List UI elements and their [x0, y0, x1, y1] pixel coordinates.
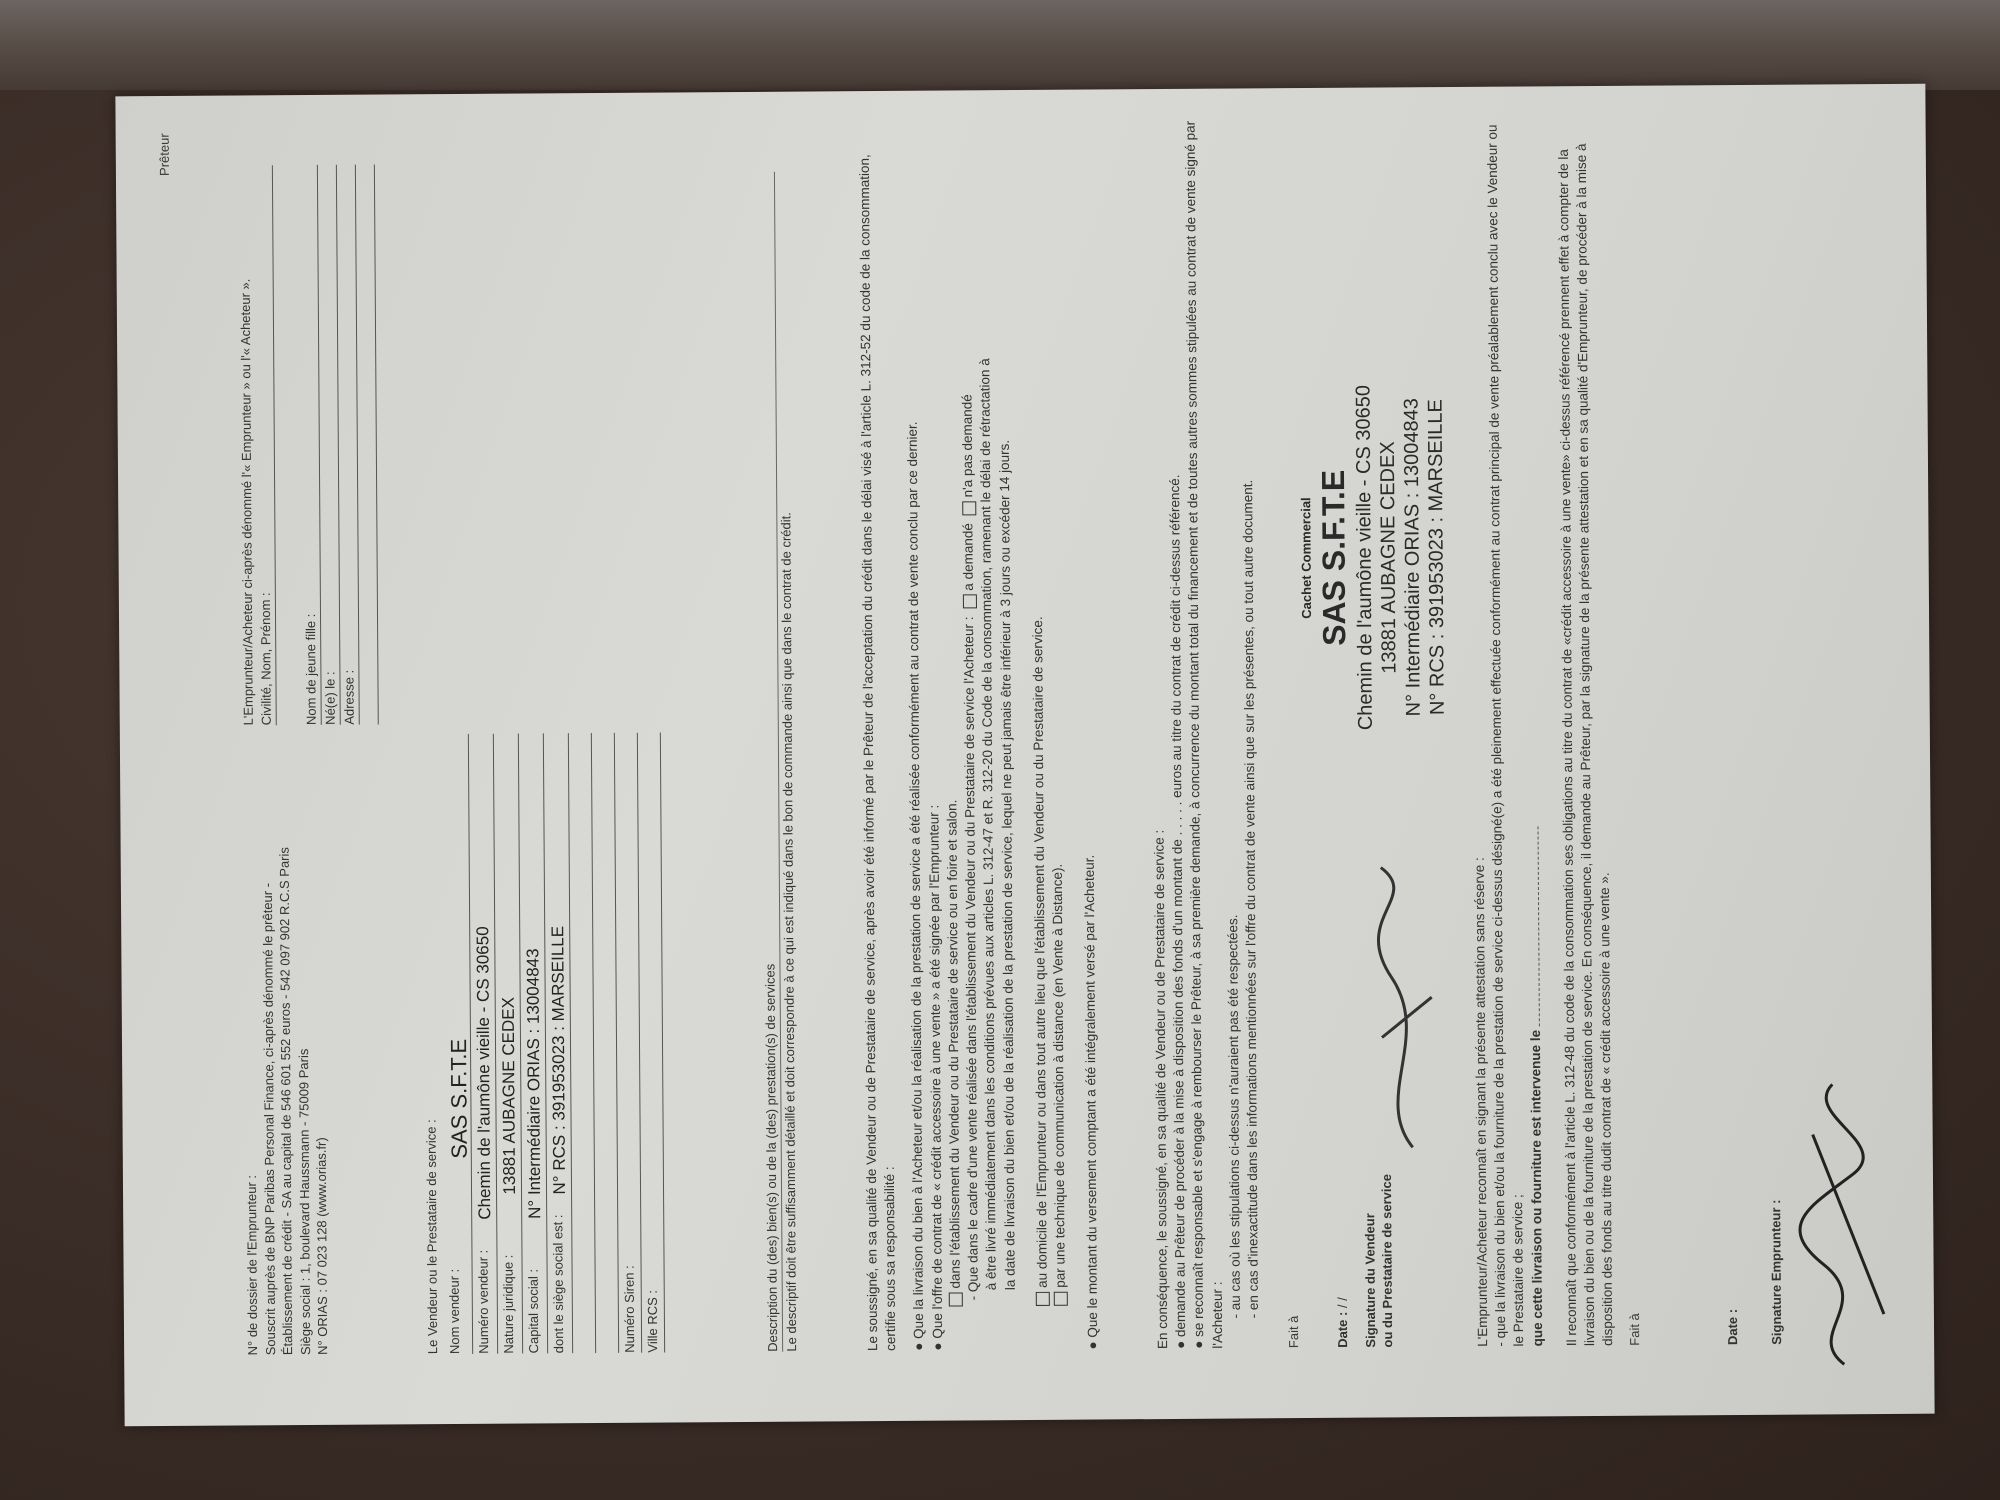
vendor-field-blank[interactable]	[593, 733, 618, 1353]
document-content: Prêteur N° de dossier de l'Emprunteur : …	[115, 84, 1934, 1427]
field-value: N° Intermédiaire ORIAS : 13004843	[522, 948, 546, 1239]
field-value: Chemin de l'aumône vieille - CS 30650	[472, 926, 496, 1220]
certification-block: Le soussigné, en sa qualité de Vendeur o…	[856, 120, 1103, 1352]
option-label: dans l'établissement du Vendeur ou du Pr…	[944, 800, 962, 1289]
date-label: Date :	[1335, 1312, 1350, 1348]
checkbox-home[interactable]	[1036, 1292, 1050, 1306]
date-label: Date :	[1721, 845, 1742, 1345]
lender-header: N° de dossier de l'Emprunteur : Souscrit…	[240, 795, 332, 1356]
consequence-item: se reconnaît responsable et s'engage à r…	[1183, 121, 1225, 1349]
field-label: dont le siège social est :	[549, 1214, 572, 1353]
vendor-block-title: Le Vendeur ou le Prestataire de service …	[420, 734, 442, 1354]
vendor-field-blank[interactable]	[570, 733, 595, 1353]
vendor-signature-scribble	[1361, 857, 1443, 1158]
vendor-field[interactable]: Capital social :N° Intermédiaire ORIAS :…	[520, 733, 547, 1353]
field-label: Ville RCS :	[644, 1290, 659, 1353]
field-value: SAS S.F.T.E	[444, 1039, 471, 1239]
option-label: par une technique de communication à dis…	[1050, 864, 1068, 1288]
vendor-field[interactable]: dont le siège social est :N° RCS : 39195…	[545, 733, 572, 1353]
field-label: Numéro vendeur :	[474, 1250, 497, 1354]
option-label: n'a pas demandé	[960, 394, 976, 497]
certification-intro: Le soussigné, en sa qualité de Vendeur o…	[856, 121, 901, 1351]
borrower-signature-block: Date : Signature Emprunteur :	[1721, 845, 1786, 1345]
checkbox-distance[interactable]	[1054, 1292, 1068, 1306]
checkbox-in-store[interactable]	[949, 1292, 963, 1306]
stamp-company-name: SAS S.F.T.E	[1312, 298, 1354, 818]
certification-bullet: Que le montant du versement comptant a é…	[1082, 855, 1100, 1338]
vendor-field[interactable]: Ville RCS :	[639, 733, 664, 1353]
borrower-attestation: L'Emprunteur/Acheteur reconnaît en signa…	[1466, 116, 1644, 1347]
field-value: N° RCS : 391953023 : MARSEILLE	[547, 926, 571, 1195]
address-field-2[interactable]	[355, 165, 378, 725]
date-value[interactable]: / /	[1335, 1297, 1350, 1308]
stamp-city: 13881 AUBAGNE CEDEX	[1375, 297, 1403, 817]
certification-bullet: Que l'offre de contrat de « crédit acces…	[926, 805, 945, 1339]
vendor-field[interactable]: Nature juridique :13881 AUBAGNE CEDEX	[495, 734, 522, 1354]
attestation-paragraph: Il reconnaît que conformément à l'articl…	[1554, 116, 1617, 1346]
option-label: a demandé	[960, 523, 975, 591]
borrower-header: L'Emprunteur/Acheteur ci-après dénommé l…	[236, 165, 378, 726]
field-label: Nature juridique :	[499, 1255, 522, 1354]
document-page: Prêteur N° de dossier de l'Emprunteur : …	[115, 84, 1934, 1427]
consequence-block: En conséquence, le soussigné, en sa qual…	[1146, 118, 1303, 1349]
option-label: Que dans le cadre d'une vente réalisée d…	[961, 616, 981, 1292]
field-label: Numéro Siren :	[621, 1265, 637, 1353]
vendor-field[interactable]: Numéro vendeur :Chemin de l'aumône vieil…	[470, 734, 497, 1354]
field-label: Capital social :	[524, 1269, 547, 1354]
place-label: Fait à	[1617, 116, 1643, 1346]
corner-label: Prêteur	[156, 133, 174, 176]
checkbox-not-requested[interactable]	[962, 501, 976, 515]
field-value: 13881 AUBAGNE CEDEX	[497, 997, 521, 1225]
vendor-field[interactable]: Numéro Siren :	[616, 733, 641, 1353]
stamp-orias: N° Intermédiaire ORIAS : 13004843	[1399, 297, 1427, 817]
stamp-address: Chemin de l'aumône vieille - CS 30650	[1351, 298, 1379, 818]
option-label: au domicile de l'Emprunteur ou dans tout…	[1030, 616, 1050, 1288]
vendor-block: Le Vendeur ou le Prestataire de service …	[420, 733, 665, 1355]
delivery-date-field[interactable]	[1537, 826, 1539, 1026]
stamp-rcs: N° RCS : 391953023 : MARSEILLE	[1423, 297, 1451, 817]
checkbox-requested[interactable]	[962, 595, 976, 609]
vendor-field[interactable]: Nom vendeur :SAS S.F.T.E	[441, 734, 472, 1354]
description-block: Description du (des) bien(s) ou de la (d…	[756, 172, 801, 1352]
lender-line: N° ORIAS : 07 023 128 (www.orias.fr)	[310, 795, 331, 1355]
delivery-date-label: que cette livraison ou fourniture est in…	[1528, 1030, 1545, 1347]
borrower-name-field[interactable]: Civilité, Nom, Prénom :	[253, 165, 276, 725]
borrower-signature-scribble	[1782, 1074, 1894, 1375]
company-stamp: Cachet Commercial SAS S.F.T.E Chemin de …	[1297, 297, 1451, 818]
field-label: Nom vendeur :	[445, 1269, 472, 1354]
background-surface	[0, 0, 2000, 90]
